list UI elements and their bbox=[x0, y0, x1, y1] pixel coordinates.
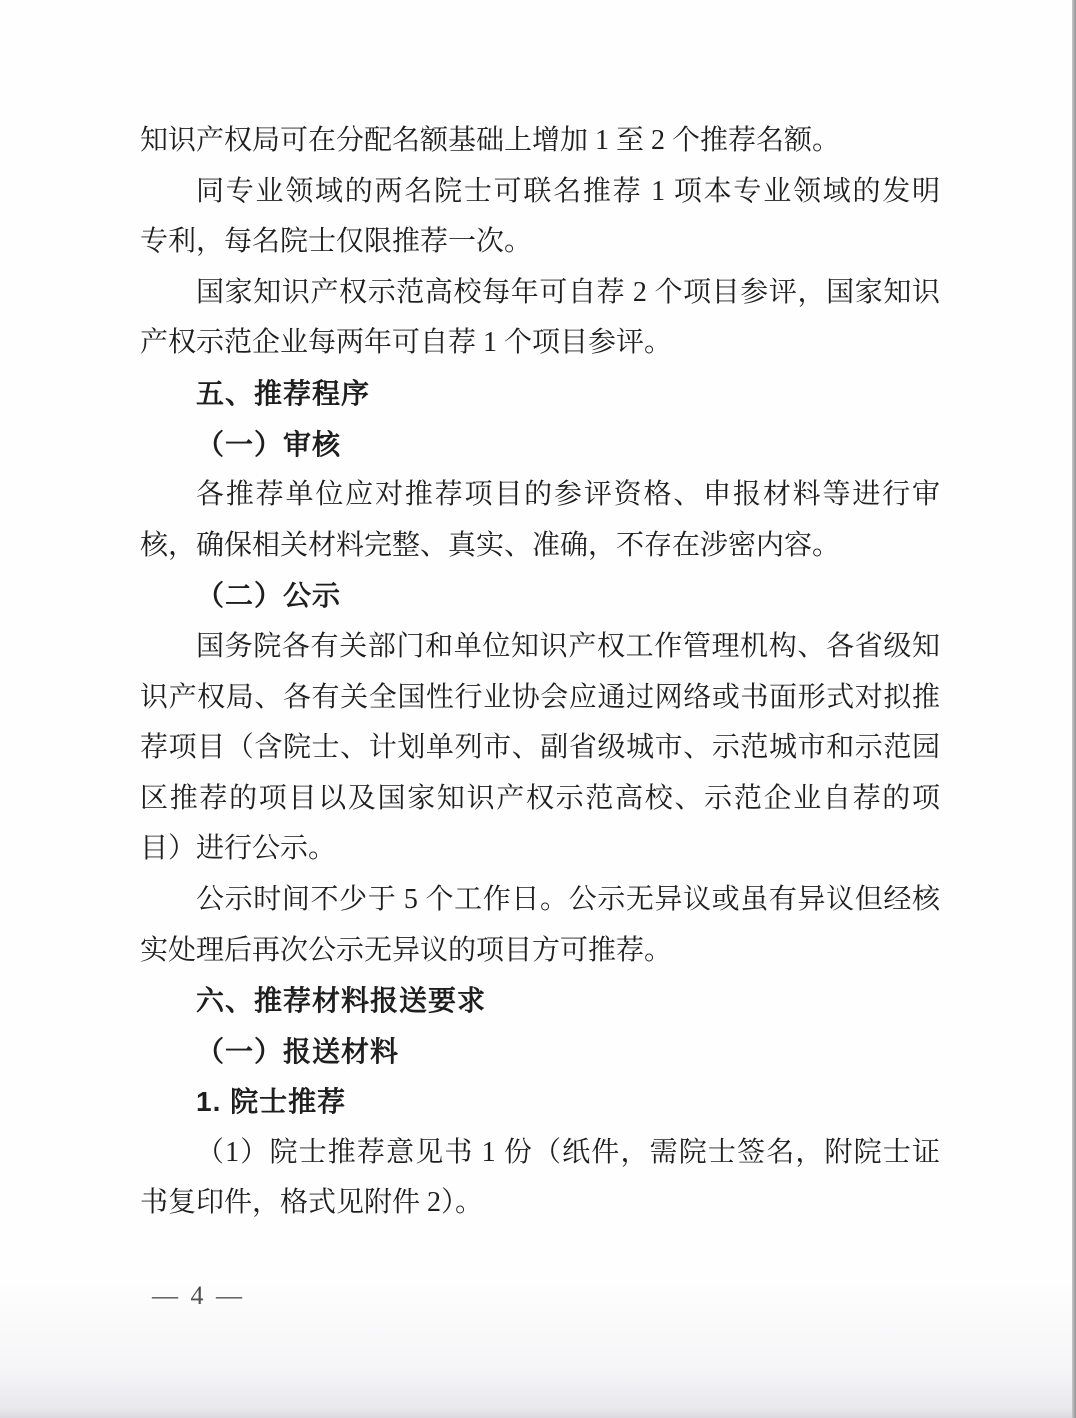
body-text-line: 目）进行公示。 bbox=[140, 824, 940, 875]
body-text-line: 核，确保相关材料完整、真实、准确，不存在涉密内容。 bbox=[140, 521, 940, 572]
scan-right-edge-line bbox=[1072, 0, 1076, 1418]
body-text-line: 识产权局、各有关全国性行业协会应通过网络或书面形式对拟推 bbox=[140, 673, 940, 724]
body-text-line: 各推荐单位应对推荐项目的参评资格、申报材料等进行审 bbox=[140, 470, 940, 521]
body-text-line: （1）院士推荐意见书 1 份（纸件，需院士签名，附院士证 bbox=[140, 1128, 940, 1179]
section-heading: （一）审核 bbox=[140, 420, 940, 471]
body-text-line: 国家知识产权示范高校每年可自荐 2 个项目参评，国家知识 bbox=[140, 268, 940, 319]
body-text-line: 知识产权局可在分配名额基础上增加 1 至 2 个推荐名额。 bbox=[140, 116, 940, 167]
section-heading: （二）公示 bbox=[140, 571, 940, 622]
body-text-line: 荐项目（含院士、计划单列市、副省级城市、示范城市和示范园 bbox=[140, 723, 940, 774]
body-text-line: 同专业领域的两名院士可联名推荐 1 项本专业领域的发明 bbox=[140, 167, 940, 218]
body-text-line: 专利，每名院士仅限推荐一次。 bbox=[140, 217, 940, 268]
body-text-line: 产权示范企业每两年可自荐 1 个项目参评。 bbox=[140, 318, 940, 369]
section-heading: 六、推荐材料报送要求 bbox=[140, 976, 940, 1027]
body-text-line: 国务院各有关部门和单位知识产权工作管理机构、各省级知 bbox=[140, 622, 940, 673]
body-text-line: 区推荐的项目以及国家知识产权示范高校、示范企业自荐的项 bbox=[140, 774, 940, 825]
body-text-line: 公示时间不少于 5 个工作日。公示无异议或虽有异议但经核 bbox=[140, 875, 940, 926]
section-heading: 五、推荐程序 bbox=[140, 369, 940, 420]
section-heading: （一）报送材料 bbox=[140, 1027, 940, 1078]
section-heading: 1. 院士推荐 bbox=[140, 1077, 940, 1128]
document-text: 知识产权局可在分配名额基础上增加 1 至 2 个推荐名额。同专业领域的两名院士可… bbox=[140, 116, 940, 1229]
page-number: — 4 — bbox=[152, 1281, 245, 1310]
body-text-line: 书复印件，格式见附件 2）。 bbox=[140, 1178, 940, 1229]
document-page: 知识产权局可在分配名额基础上增加 1 至 2 个推荐名额。同专业领域的两名院士可… bbox=[0, 0, 1076, 1418]
page-footer: — 4 — bbox=[152, 1281, 245, 1311]
body-text-line: 实处理后再次公示无异议的项目方可推荐。 bbox=[140, 926, 940, 977]
